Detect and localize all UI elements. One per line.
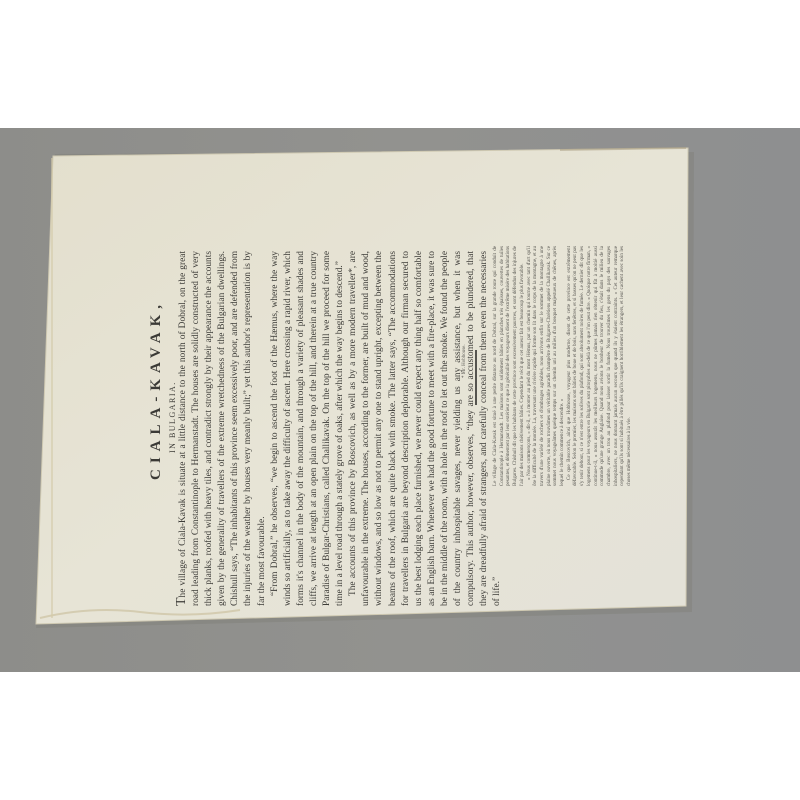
photo-background: CIALA-KAVAK, IN BULGARIA. The village of… — [0, 128, 800, 672]
drop-cap: T — [174, 597, 189, 606]
french-body: Le village de Ciala-Kavak est situé à un… — [492, 246, 633, 486]
english-paragraph-3: The accounts of this province by Boscovi… — [347, 251, 504, 606]
french-paragraph-3: Ce que Boscovich, ainsi que Hobhouse, vo… — [566, 246, 633, 486]
divider-rule — [475, 350, 477, 405]
french-paragraph-1: Le village de Ciala-Kavak est situé à un… — [492, 246, 526, 486]
english-paragraph-2: “From Dobral,” he observes, “we begin to… — [269, 251, 348, 606]
english-body: The village of Ciala-Kavak is situate at… — [175, 251, 504, 606]
paper-sheet: CIALA-KAVAK, IN BULGARIA. The village of… — [0, 128, 800, 672]
page-title: CIALA-KAVAK, — [148, 299, 165, 480]
english-paragraph-1: The village of Ciala-Kavak is situate at… — [175, 251, 269, 606]
footnote: * Mr. Hobhouse. — [462, 344, 467, 378]
french-paragraph-2: « Nous commençons, » dit-il, « à monter … — [526, 246, 566, 486]
